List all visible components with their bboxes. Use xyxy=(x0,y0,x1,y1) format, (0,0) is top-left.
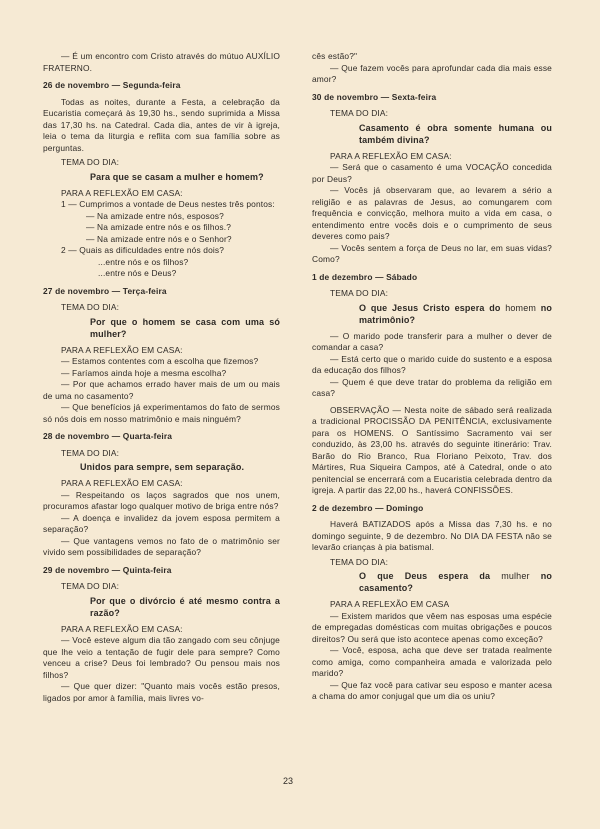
date-heading-1-dez: 1 de dezembro — Sábado xyxy=(312,272,552,284)
sub-question: — Na amizade entre nós, esposos? xyxy=(43,211,280,223)
theme-title: O que Deus espera da mulher no casamento… xyxy=(312,570,552,594)
reflexao-label: PARA A REFLEXÃO EM CASA xyxy=(312,599,552,611)
theme-part: homem xyxy=(505,303,536,313)
left-column: — É um encontro com Cristo através do mú… xyxy=(43,51,280,704)
question: — Que benefícios já experimentamos do fa… xyxy=(43,402,280,425)
date-heading-28-nov: 28 de novembro — Quarta-feira xyxy=(43,431,280,443)
question: — Por que achamos errado haver mais de u… xyxy=(43,379,280,402)
question: — Respeitando os laços sagrados que nos … xyxy=(43,490,280,513)
reflexao-label: PARA A REFLEXÃO EM CASA: xyxy=(43,345,280,357)
batizados-paragraph: Haverá BATIZADOS após a Missa das 7,30 h… xyxy=(312,519,552,554)
tema-label: TEMA DO DIA: xyxy=(43,448,280,460)
question: — Que quer dizer: "Quanto mais vocês est… xyxy=(43,681,280,704)
date-heading-26-nov: 26 de novembro — Segunda-feira xyxy=(43,80,280,92)
observacao-paragraph: OBSERVAÇÃO — Nesta noite de sábado será … xyxy=(312,405,552,497)
question: — A doença e invalidez da jovem esposa p… xyxy=(43,513,280,536)
date-heading-2-dez: 2 de dezembro — Domingo xyxy=(312,503,552,515)
question: — Que fazem vocês para aprofundar cada d… xyxy=(312,63,552,86)
tema-label: TEMA DO DIA: xyxy=(312,108,552,120)
tema-label: TEMA DO DIA: xyxy=(43,581,280,593)
sub-question: — Na amizade entre nós e os filhos.? xyxy=(43,222,280,234)
tema-label: TEMA DO DIA: xyxy=(43,157,280,169)
tema-label: TEMA DO DIA: xyxy=(312,557,552,569)
theme-part: O que Jesus Cristo espera do xyxy=(359,303,501,313)
date-heading-30-nov: 30 de novembro — Sexta-feira xyxy=(312,92,552,104)
reflexao-label: PARA A REFLEXÃO EM CASA: xyxy=(43,478,280,490)
tema-label: TEMA DO DIA: xyxy=(43,302,280,314)
reflexao-label: PARA A REFLEXÃO EM CASA: xyxy=(43,188,280,200)
theme-title: Por que o homem se casa com uma só mulhe… xyxy=(43,316,280,340)
tema-label: TEMA DO DIA: xyxy=(312,288,552,300)
reflexao-label: PARA A REFLEXÃO EM CASA: xyxy=(312,151,552,163)
sub-question: ...entre nós e Deus? xyxy=(43,268,280,280)
question: — Está certo que o marido cuide do suste… xyxy=(312,354,552,377)
page-number: 23 xyxy=(283,776,293,786)
theme-title: Casamento é obra somente humana ou també… xyxy=(312,122,552,146)
sub-question: ...entre nós e os filhos? xyxy=(43,257,280,269)
question: — Que faz você para cativar seu esposo e… xyxy=(312,680,552,703)
question: — Vocês sentem a força de Deus no lar, e… xyxy=(312,243,552,266)
question: — Você, esposa, acha que deve ser tratad… xyxy=(312,645,552,680)
question: — O marido pode transferir para a mulher… xyxy=(312,331,552,354)
intro-paragraph: — É um encontro com Cristo através do mú… xyxy=(43,51,280,74)
theme-part: mulher xyxy=(501,571,529,581)
date-heading-27-nov: 27 de novembro — Terça-feira xyxy=(43,286,280,298)
theme-title: Unidos para sempre, sem separação. xyxy=(43,461,280,473)
question: — Que vantagens vemos no fato de o matri… xyxy=(43,536,280,559)
festa-paragraph: Todas as noites, durante a Festa, a cele… xyxy=(43,97,280,155)
numbered-item: 1 — Cumprimos a vontade de Deus nestes t… xyxy=(43,199,280,211)
question: — Estamos contentes com a escolha que fi… xyxy=(43,356,280,368)
question: — Você esteve algum dia tão zangado com … xyxy=(43,635,280,681)
date-heading-29-nov: 29 de novembro — Quinta-feira xyxy=(43,565,280,577)
right-column: cês estão?" — Que fazem vocês para aprof… xyxy=(312,51,552,703)
reflexao-label: PARA A REFLEXÃO EM CASA: xyxy=(43,624,280,636)
question: — Vocês já observaram que, ao levarem a … xyxy=(312,185,552,243)
continued-text: cês estão?" xyxy=(312,51,552,63)
theme-title: O que Jesus Cristo espera do homem no ma… xyxy=(312,302,552,326)
question: — Será que o casamento é uma VOCAÇÃO con… xyxy=(312,162,552,185)
theme-title: Para que se casam a mulher e homem? xyxy=(43,171,280,183)
numbered-item: 2 — Quais as dificuldades entre nós dois… xyxy=(43,245,280,257)
theme-part: O que Deus espera da xyxy=(359,571,490,581)
sub-question: — Na amizade entre nós e o Senhor? xyxy=(43,234,280,246)
question: — Faríamos ainda hoje a mesma escolha? xyxy=(43,368,280,380)
question: — Existem maridos que vêem nas esposas u… xyxy=(312,611,552,646)
question: — Quem é que deve tratar do problema da … xyxy=(312,377,552,400)
theme-title: Por que o divórcio é até mesmo contra a … xyxy=(43,595,280,619)
